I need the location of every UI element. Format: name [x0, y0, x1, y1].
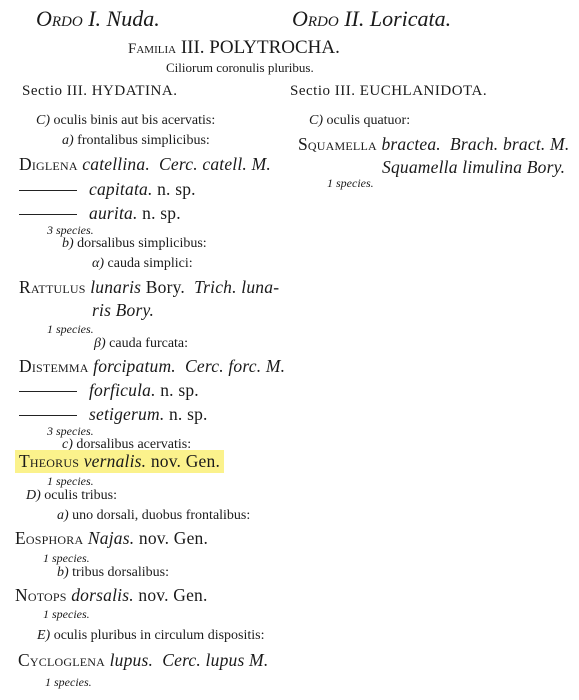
genus-entry: capitata. n. sp.: [19, 179, 196, 200]
genus-entry: aurita. n. sp.: [19, 203, 181, 224]
condition-line: a) uno dorsali, duobus frontalibus:: [57, 508, 250, 524]
genus-note: nov. Gen.: [139, 528, 208, 548]
condition-line: b) tribus dorsalibus:: [57, 565, 169, 581]
species-name: forficula.: [89, 380, 156, 400]
condition-text: uno dorsali, duobus frontalibus:: [69, 508, 251, 523]
species-name: forcipatum.: [93, 356, 176, 376]
highlight-mark: Theorus vernalis. nov. Gen.: [15, 450, 224, 473]
genus-entry: Rattulus lunaris Bory. Trich. luna-: [19, 277, 279, 298]
species-note: n. sp.: [142, 203, 181, 223]
condition-marker: C): [36, 113, 50, 128]
genus-name: Distemma: [19, 356, 89, 376]
genus-name: Eosphora: [15, 528, 83, 548]
condition-text: tribus dorsalibus:: [69, 565, 169, 580]
condition-text: dorsalibus simplicibus:: [74, 236, 207, 251]
left-section-heading: Sectio III. HYDATINA.: [22, 83, 177, 100]
species-name: bractea.: [381, 134, 440, 154]
species-note: n. sp.: [157, 179, 196, 199]
ordo-prefix: Ordo: [36, 6, 83, 31]
condition-text: oculis binis aut bis acervatis:: [50, 113, 215, 128]
familia-number: III.: [181, 37, 205, 58]
genus-entry: Notops dorsalis. nov. Gen.: [15, 585, 208, 606]
condition-marker: D): [26, 488, 41, 503]
condition-line: a) frontalibus simplicibus:: [62, 133, 210, 149]
species-name: capitata.: [89, 179, 153, 199]
familia-prefix: Familia: [128, 41, 176, 57]
condition-marker: C): [309, 113, 323, 128]
familia-subtitle: Ciliorum coronulis pluribus.: [166, 60, 314, 76]
genus-name: Rattulus: [19, 277, 86, 297]
species-count: 1 species.: [47, 322, 94, 337]
ordo-number: I.: [88, 6, 101, 31]
condition-line: D) oculis tribus:: [26, 488, 117, 504]
species-name: setigerum.: [89, 404, 164, 424]
ordo-number: II.: [344, 6, 364, 31]
condition-marker: b): [62, 236, 74, 251]
species-count: 1 species.: [327, 176, 374, 191]
species-count: 1 species.: [45, 675, 92, 690]
species-name: lupus.: [110, 650, 154, 670]
synonym-reference: Cerc. lupus M.: [162, 650, 268, 670]
right-section-heading: Sectio III. EUCHLANIDOTA.: [290, 83, 487, 100]
ordo-left-heading: Ordo I. Nuda.: [36, 6, 160, 32]
familia-heading: Familia III. POLYTROCHA.: [128, 37, 340, 59]
condition-line: b) dorsalibus simplicibus:: [62, 236, 207, 252]
genus-entry: forficula. n. sp.: [19, 380, 199, 401]
condition-marker: α): [92, 256, 104, 271]
species-note: n. sp.: [160, 380, 199, 400]
continuation-line: ris Bory.: [92, 300, 154, 321]
species-count: 1 species.: [43, 607, 90, 622]
species-count: 1 species.: [47, 474, 94, 489]
species-name: lunaris: [90, 277, 141, 297]
genus-entry: setigerum. n. sp.: [19, 404, 208, 425]
ditto-dash: [19, 214, 77, 215]
condition-marker: β): [94, 336, 106, 351]
genus-entry: Distemma forcipatum. Cerc. forc. M.: [19, 356, 285, 377]
condition-line: α) cauda simplici:: [92, 256, 193, 272]
genus-name: Notops: [15, 585, 67, 605]
species-name: Najas.: [88, 528, 134, 548]
condition-text: oculis quatuor:: [323, 113, 410, 128]
genus-name: Theorus: [19, 451, 79, 471]
condition-marker: a): [62, 133, 74, 148]
species-name: aurita.: [89, 203, 138, 223]
species-name: vernalis.: [84, 451, 147, 471]
ordo-right-heading: Ordo II. Loricata.: [292, 6, 451, 32]
genus-note: nov. Gen.: [138, 585, 207, 605]
species-count: 1 species.: [43, 551, 90, 566]
genus-entry-highlighted: Theorus vernalis. nov. Gen.: [19, 451, 224, 472]
condition-text: oculis tribus:: [41, 488, 117, 503]
ditto-dash: [19, 190, 77, 191]
authority: Bory.: [146, 277, 185, 297]
synonym-reference: Trich. luna-: [194, 277, 279, 297]
condition-line: C) oculis binis aut bis acervatis:: [36, 113, 215, 129]
condition-text: frontalibus simplicibus:: [74, 133, 210, 148]
condition-line: C) oculis quatuor:: [309, 113, 410, 129]
ditto-dash: [19, 415, 77, 416]
synonym-reference: Cerc. forc. M.: [185, 356, 285, 376]
ordo-name: Loricata.: [370, 6, 451, 31]
synonym-reference: Cerc. catell. M.: [159, 154, 271, 174]
condition-text: cauda simplici:: [104, 256, 193, 271]
condition-line: E) oculis pluribus in circulum dispositi…: [37, 628, 265, 644]
condition-line: β) cauda furcata:: [94, 336, 188, 352]
genus-entry: Squamella bractea. Brach. bract. M.: [298, 134, 569, 155]
familia-name: POLYTROCHA.: [209, 37, 340, 58]
genus-name: Diglena: [19, 154, 78, 174]
species-name: dorsalis.: [71, 585, 134, 605]
genus-name: Squamella: [298, 134, 377, 154]
genus-entry: Cycloglena lupus. Cerc. lupus M.: [18, 650, 268, 671]
condition-marker: b): [57, 565, 69, 580]
ordo-prefix: Ordo: [292, 6, 339, 31]
ditto-dash: [19, 391, 77, 392]
species-name: catellina.: [82, 154, 150, 174]
condition-marker: E): [37, 628, 50, 643]
genus-note: nov. Gen.: [151, 451, 220, 471]
ordo-name: Nuda.: [107, 6, 160, 31]
genus-entry: Eosphora Najas. nov. Gen.: [15, 528, 208, 549]
condition-marker: a): [57, 508, 69, 523]
species-note: n. sp.: [169, 404, 208, 424]
synonym-reference: Brach. bract. M.: [450, 134, 569, 154]
condition-text: cauda furcata:: [106, 336, 188, 351]
continuation-line: Squamella limulina Bory.: [382, 157, 565, 178]
genus-entry: Diglena catellina. Cerc. catell. M.: [19, 154, 271, 175]
condition-text: oculis pluribus in circulum dispositis:: [50, 628, 264, 643]
genus-name: Cycloglena: [18, 650, 105, 670]
